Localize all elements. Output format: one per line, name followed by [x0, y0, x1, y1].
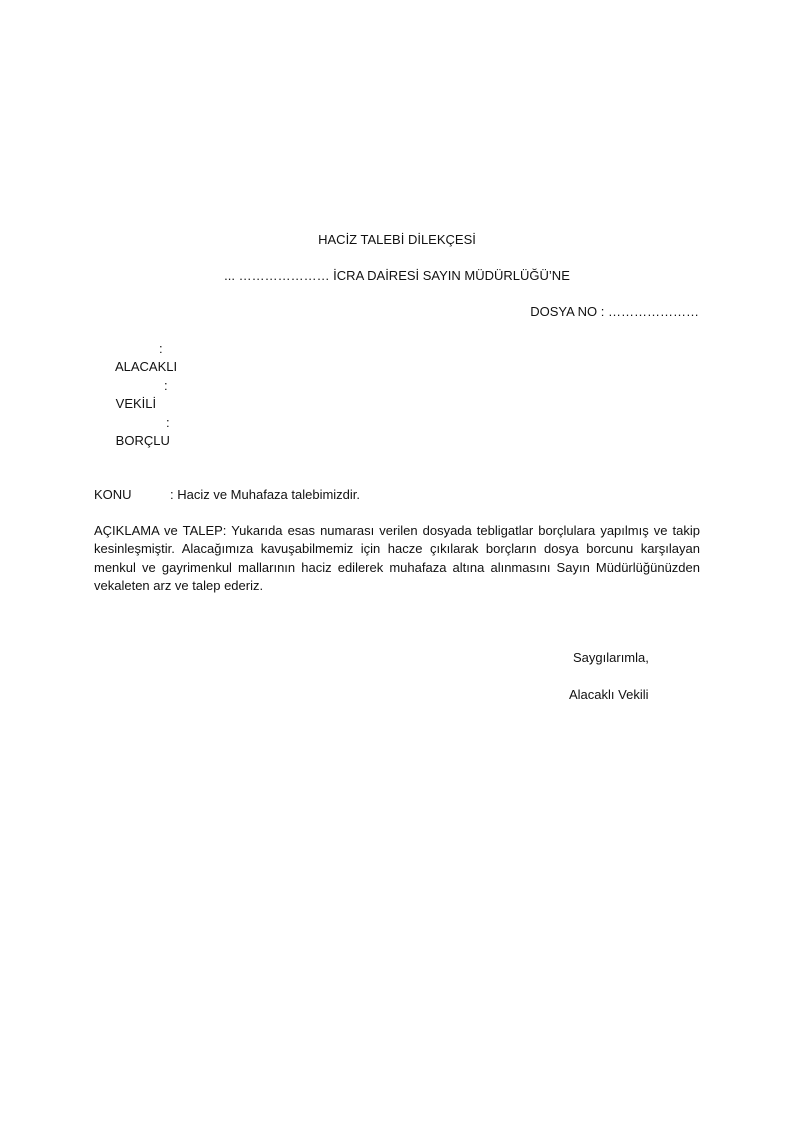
- party-colon: :: [159, 340, 163, 358]
- enforcement-office-address: ... ………………… İCRA DAİRESİ SAYIN MÜDÜRLÜĞÜ…: [0, 267, 794, 285]
- subject-value: : Haciz ve Muhafaza talebimizdir.: [170, 486, 360, 504]
- closing-salutation: Saygılarımla,: [573, 649, 649, 667]
- explanation-paragraph: AÇIKLAMA ve TALEP: Yukarıda esas numaras…: [94, 522, 700, 595]
- document-title: HACİZ TALEBİ DİLEKÇESİ: [0, 231, 794, 249]
- paragraph-line: AÇIKLAMA ve TALEP: Yukarıda esas numaras…: [94, 522, 700, 540]
- party-label: VEKİLİ: [116, 396, 156, 411]
- file-number: DOSYA NO : …………………: [530, 303, 699, 321]
- party-label: ALACAKLI: [115, 359, 177, 374]
- party-colon: :: [166, 414, 170, 432]
- paragraph-line: menkul ve gayrimenkul mallarının haciz e…: [94, 559, 700, 577]
- paragraph-line: vekaleten arz ve talep ederiz.: [94, 577, 700, 595]
- party-colon: :: [164, 377, 168, 395]
- signer-title: Alacaklı Vekili: [569, 686, 648, 704]
- paragraph-line: kesinleşmiştir. Alacağımıza kavuşabilmem…: [94, 540, 700, 558]
- party-debtor: BORÇLU: [94, 414, 170, 468]
- party-label: BORÇLU: [116, 433, 170, 448]
- subject-label: KONU: [94, 486, 132, 504]
